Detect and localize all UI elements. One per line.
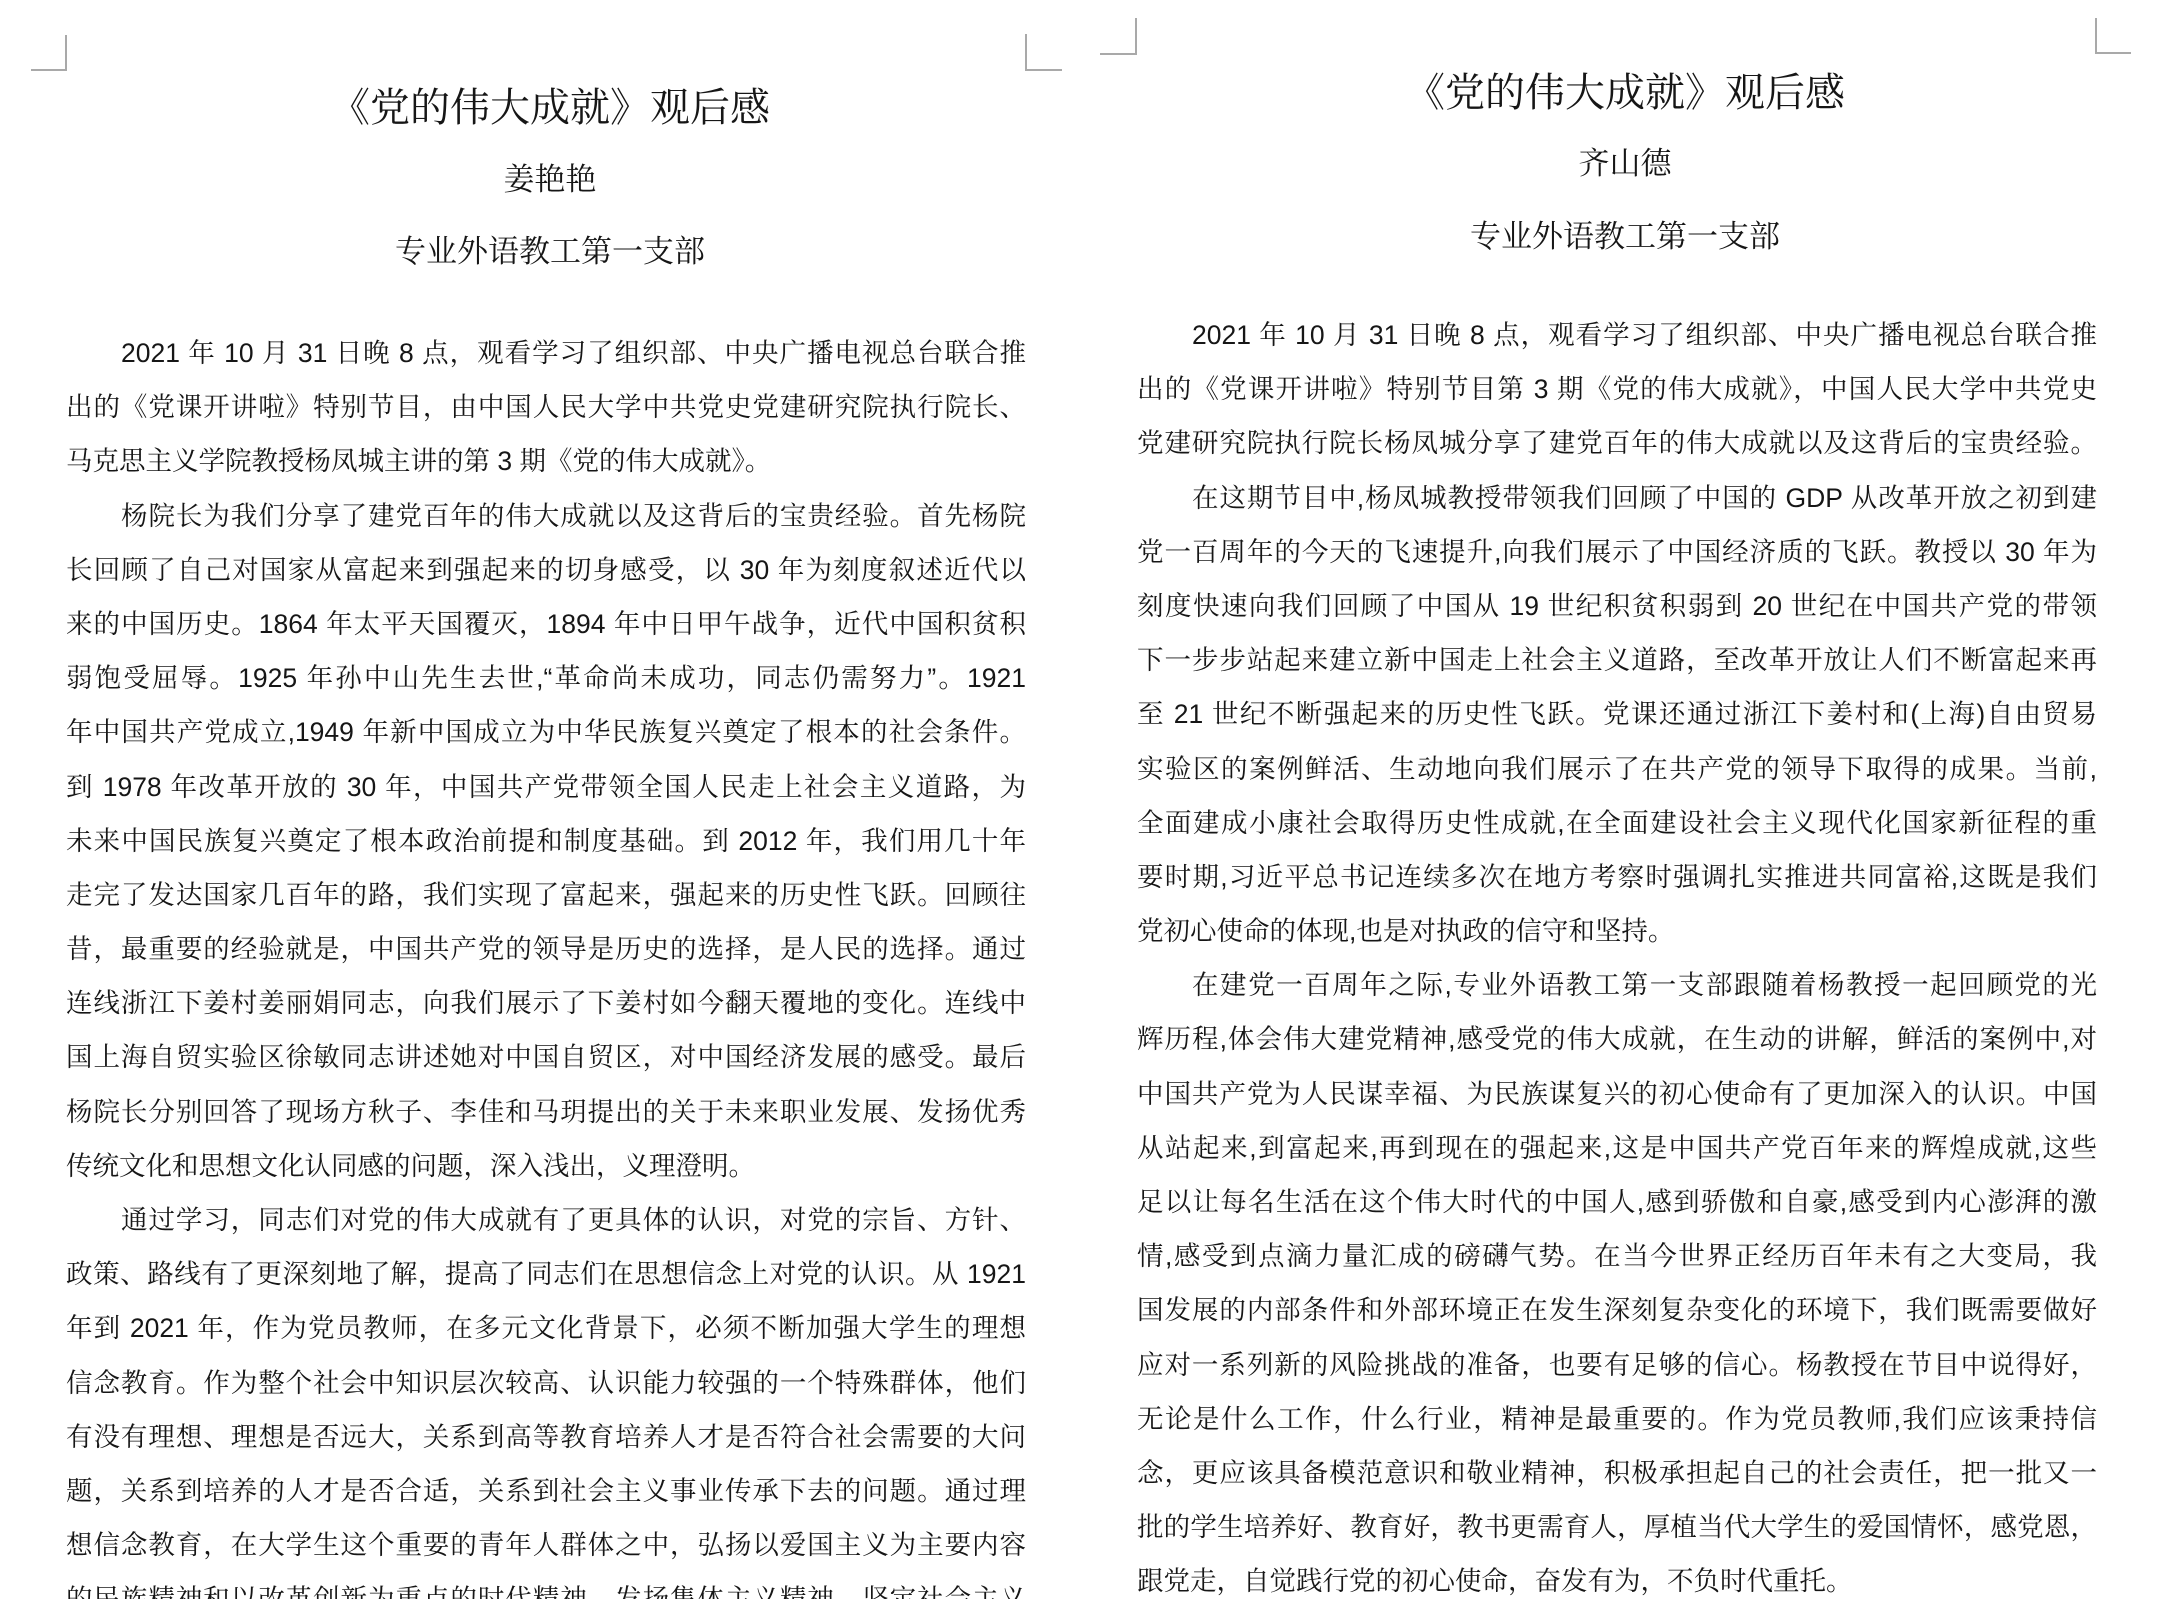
body-line: 刻度快速向我们回顾了中国从 19 世纪积贫积弱到 20 世纪在中国共产党的带领 bbox=[1137, 579, 2097, 633]
body-line: 下一步步站起来建立新中国走上社会主义道路，至改革开放让人们不断富起来再 bbox=[1137, 633, 2097, 687]
author-name: 齐山德 bbox=[1145, 137, 2105, 191]
document-title: 《党的伟大成就》观后感 bbox=[1145, 66, 2105, 120]
department-name: 专业外语教工第一支部 bbox=[70, 225, 1030, 279]
document-page-left: 《党的伟大成就》观后感 姜艳艳 专业外语教工第一支部 2021 年 10 月 3… bbox=[0, 0, 1080, 1599]
crop-mark-top-right-icon bbox=[1025, 34, 1062, 71]
body-line: 未来中国民族复兴奠定了根本政治前提和制度基础。到 2012 年，我们用几十年 bbox=[66, 814, 1026, 868]
body-line: 年中国共产党成立,1949 年新中国成立为中华民族复兴奠定了根本的社会条件。 bbox=[66, 705, 1026, 759]
body-line: 连线浙江下姜村姜丽娟同志，向我们展示了下姜村如今翻天覆地的变化。连线中 bbox=[66, 976, 1026, 1030]
body-line: 从站起来,到富起来,再到现在的强起来,这是中国共产党百年来的辉煌成就,这些 bbox=[1137, 1121, 2097, 1175]
body-line: 走完了发达国家几百年的路，我们实现了富起来，强起来的历史性飞跃。回顾往 bbox=[66, 868, 1026, 922]
body-line: 杨院长为我们分享了建党百年的伟大成就以及这背后的宝贵经验。首先杨院 bbox=[66, 489, 1026, 543]
body-line: 来的中国历史。1864 年太平天国覆灭，1894 年中日甲午战争，近代中国积贫积 bbox=[66, 597, 1026, 651]
body-line: 国上海自贸实验区徐敏同志讲述她对中国自贸区，对中国经济发展的感受。最后 bbox=[66, 1030, 1026, 1084]
body-line: 2021 年 10 月 31 日晚 8 点，观看学习了组织部、中央广播电视总台联… bbox=[66, 326, 1026, 380]
document-title: 《党的伟大成就》观后感 bbox=[70, 81, 1030, 135]
body-line: 中国共产党为人民谋幸福、为民族谋复兴的初心使命有了更加深入的认识。中国 bbox=[1137, 1067, 2097, 1121]
body-line: 杨院长分别回答了现场方秋子、李佳和马玥提出的关于未来职业发展、发扬优秀 bbox=[66, 1085, 1026, 1139]
body-line: 念，更应该具备模范意识和敬业精神，积极承担起自己的社会责任，把一批又一 bbox=[1137, 1446, 2097, 1500]
body-line: 马克思主义学院教授杨凤城主讲的第 3 期《党的伟大成就》。 bbox=[66, 434, 1026, 488]
body-line: 在这期节目中,杨凤城教授带领我们回顾了中国的 GDP 从改革开放之初到建 bbox=[1137, 471, 2097, 525]
body-line: 2021 年 10 月 31 日晚 8 点，观看学习了组织部、中央广播电视总台联… bbox=[1137, 308, 2097, 362]
body-line: 通过学习，同志们对党的伟大成就有了更具体的认识，对党的宗旨、方针、 bbox=[66, 1193, 1026, 1247]
paragraph: 杨院长为我们分享了建党百年的伟大成就以及这背后的宝贵经验。首先杨院 长回顾了自己… bbox=[66, 489, 1026, 1193]
body-line: 跟党走，自觉践行党的初心使命，奋发有为，不负时代重托。 bbox=[1137, 1554, 2097, 1608]
body-line: 辉历程,体会伟大建党精神,感受党的伟大成就，在生动的讲解，鲜活的案例中,对 bbox=[1137, 1012, 2097, 1066]
body-line: 政策、路线有了更深刻地了解，提高了同志们在思想信念上对党的认识。从 1921 bbox=[66, 1247, 1026, 1301]
body-line: 信念教育。作为整个社会中知识层次较高、认识能力较强的一个特殊群体，他们 bbox=[66, 1356, 1026, 1410]
paragraph: 在建党一百周年之际,专业外语教工第一支部跟随着杨教授一起回顾党的光 辉历程,体会… bbox=[1137, 958, 2097, 1608]
body-line: 昔，最重要的经验就是，中国共产党的领导是历史的选择，是人民的选择。通过 bbox=[66, 922, 1026, 976]
body-line: 要时期,习近平总书记连续多次在地方考察时强调扎实推进共同富裕,这既是我们 bbox=[1137, 850, 2097, 904]
crop-mark-top-right-icon bbox=[2095, 18, 2131, 54]
body-line: 无论是什么工作，什么行业，精神是最重要的。作为党员教师,我们应该秉持信 bbox=[1137, 1392, 2097, 1446]
paragraph: 通过学习，同志们对党的伟大成就有了更具体的认识，对党的宗旨、方针、 政策、路线有… bbox=[66, 1193, 1026, 1599]
body-line: 到 1978 年改革开放的 30 年，中国共产党带领全国人民走上社会主义道路，为 bbox=[66, 760, 1026, 814]
body-line: 长回顾了自己对国家从富起来到强起来的切身感受，以 30 年为刻度叙述近代以 bbox=[66, 543, 1026, 597]
body-line: 应对一系列新的风险挑战的准备，也要有足够的信心。杨教授在节目中说得好， bbox=[1137, 1338, 2097, 1392]
body-line: 全面建成小康社会取得历史性成就,在全面建设社会主义现代化国家新征程的重 bbox=[1137, 796, 2097, 850]
body-line: 实验区的案例鲜活、生动地向我们展示了在共产党的领导下取得的成果。当前, bbox=[1137, 742, 2097, 796]
paragraph: 2021 年 10 月 31 日晚 8 点，观看学习了组织部、中央广播电视总台联… bbox=[66, 326, 1026, 489]
crop-mark-top-left-icon bbox=[31, 35, 67, 71]
paragraph: 2021 年 10 月 31 日晚 8 点，观看学习了组织部、中央广播电视总台联… bbox=[1137, 308, 2097, 471]
document-body: 2021 年 10 月 31 日晚 8 点，观看学习了组织部、中央广播电视总台联… bbox=[66, 326, 1026, 1599]
body-line: 情,感受到点滴力量汇成的磅礴气势。在当今世界正经历百年未有之大变局，我 bbox=[1137, 1229, 2097, 1283]
body-line: 至 21 世纪不断强起来的历史性飞跃。党课还通过浙江下姜村和(上海)自由贸易 bbox=[1137, 687, 2097, 741]
body-line: 的民族精神和以改革创新为重点的时代精神，发扬集体主义精神，坚定社会主义 bbox=[66, 1572, 1026, 1599]
paragraph: 在这期节目中,杨凤城教授带领我们回顾了中国的 GDP 从改革开放之初到建 党一百… bbox=[1137, 471, 2097, 959]
body-line: 党建研究院执行院长杨凤城分享了建党百年的伟大成就以及这背后的宝贵经验。 bbox=[1137, 416, 2097, 470]
crop-mark-top-left-icon bbox=[1100, 18, 1137, 55]
body-line: 弱饱受屈辱。1925 年孙中山先生去世,“革命尚未成功，同志仍需努力”。1921 bbox=[66, 651, 1026, 705]
body-line: 党一百周年的今天的飞速提升,向我们展示了中国经济质的飞跃。教授以 30 年为 bbox=[1137, 525, 2097, 579]
body-line: 年到 2021 年，作为党员教师，在多元文化背景下，必须不断加强大学生的理想 bbox=[66, 1301, 1026, 1355]
body-line: 出的《党课开讲啦》特别节目第 3 期《党的伟大成就》，中国人民大学中共党史 bbox=[1137, 362, 2097, 416]
body-line: 有没有理想、理想是否远大，关系到高等教育培养人才是否符合社会需要的大问 bbox=[66, 1410, 1026, 1464]
department-name: 专业外语教工第一支部 bbox=[1145, 210, 2105, 264]
body-line: 在建党一百周年之际,专业外语教工第一支部跟随着杨教授一起回顾党的光 bbox=[1137, 958, 2097, 1012]
author-name: 姜艳艳 bbox=[70, 153, 1030, 207]
body-line: 批的学生培养好、教育好，教书更需育人，厚植当代大学生的爱国情怀，感党恩， bbox=[1137, 1500, 2097, 1554]
body-line: 出的《党课开讲啦》特别节目，由中国人民大学中共党史党建研究院执行院长、 bbox=[66, 380, 1026, 434]
body-line: 国发展的内部条件和外部环境正在发生深刻复杂变化的环境下，我们既需要做好 bbox=[1137, 1283, 2097, 1337]
body-line: 题，关系到培养的人才是否合适，关系到社会主义事业传承下去的问题。通过理 bbox=[66, 1464, 1026, 1518]
document-body: 2021 年 10 月 31 日晚 8 点，观看学习了组织部、中央广播电视总台联… bbox=[1137, 308, 2097, 1609]
document-page-right: 《党的伟大成就》观后感 齐山德 专业外语教工第一支部 2021 年 10 月 3… bbox=[1080, 0, 2160, 1620]
body-line: 足以让每名生活在这个伟大时代的中国人,感到骄傲和自豪,感受到内心澎湃的激 bbox=[1137, 1175, 2097, 1229]
body-line: 想信念教育，在大学生这个重要的青年人群体之中，弘扬以爱国主义为主要内容 bbox=[66, 1518, 1026, 1572]
body-line: 党初心使命的体现,也是对执政的信守和坚持。 bbox=[1137, 904, 2097, 958]
body-line: 传统文化和思想文化认同感的问题，深入浅出，义理澄明。 bbox=[66, 1139, 1026, 1193]
